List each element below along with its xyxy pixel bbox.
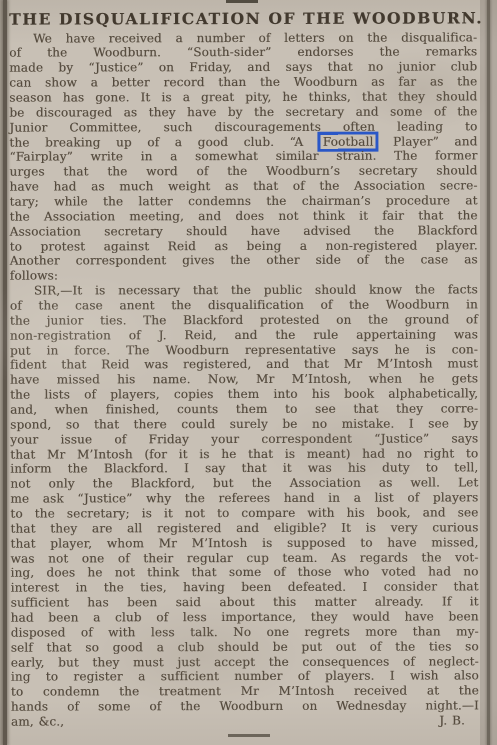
article-line: can show a better record than the Woodbu… [9, 74, 477, 90]
left-column-rule [3, 0, 7, 745]
article-line: the lists of players, copies them into h… [10, 387, 478, 403]
article-line: Association secretary should have advise… [10, 223, 478, 239]
signature-closing: am, &c., [11, 715, 64, 730]
article-line: We have received a number of letters on … [9, 30, 477, 46]
article-line: season has gone. It is a great pity, he … [9, 89, 477, 105]
scanned-page: THE DISQUALIFICATION OF THE WOODBURN. We… [0, 0, 497, 745]
article-line: ing, does he not think that some of thos… [11, 565, 479, 581]
article-line: made by “Justice” on Friday, and says th… [9, 60, 477, 76]
article-line: hands of some of the Woodburn on Wednesd… [11, 699, 479, 715]
article-line: have had as much weight as that of the A… [10, 178, 478, 194]
article-headline: THE DISQUALIFICATION OF THE WOODBURN. [9, 8, 477, 28]
article-column: THE DISQUALIFICATION OF THE WOODBURN. We… [9, 0, 479, 730]
article-line: of the case anent the disqualification o… [10, 297, 478, 313]
article-line: self that so good a club should be put o… [11, 639, 479, 655]
article-line: early, but they must just accept the con… [11, 654, 479, 670]
article-line: me ask “Justice” why the referees hand i… [10, 491, 478, 507]
article-line: tary; while the latter condemns the chai… [10, 193, 478, 209]
article-line: sufficient has been said about this matt… [11, 595, 479, 611]
article-line: inform the Blackford. I say that it was … [10, 461, 478, 477]
article-line: not only the Blackford, but the Associat… [10, 476, 478, 492]
right-column-rule [487, 0, 490, 745]
article-line: to the secretary; is it not to compare w… [10, 505, 478, 521]
article-line: non-registration of J. Reid, and the rul… [10, 327, 478, 343]
signature-initials: J. B. [439, 713, 465, 728]
article-line: the breaking up of a good club. “A Footb… [9, 134, 477, 150]
article-line: SIR,—It is necessary that the public sho… [10, 282, 478, 298]
article-line: put in force. The Woodburn representativ… [10, 342, 478, 358]
article-line: am, &c.,J. B. [11, 713, 479, 729]
article-line: the junior ties. The Blackford protested… [10, 312, 478, 328]
article-line: your issue of Friday your correspondent … [10, 431, 478, 447]
article-line: “Fairplay” write in a somewhat similar s… [9, 149, 477, 165]
bottom-section-divider [228, 734, 270, 737]
article-line: follows: [10, 268, 478, 284]
article-line: to condemn the treatment Mr M’Intosh rec… [11, 684, 479, 700]
article-line: Junior Committee, such discouragements o… [9, 119, 477, 135]
article-line: had been a club of less importance, they… [11, 609, 479, 625]
article-line: spond, so that there could surely be no … [10, 416, 478, 432]
article-line: Another correspondent gives the other si… [10, 253, 478, 269]
article-line: to protest against Reid as being a non-r… [10, 238, 478, 254]
article-line: of the Woodburn. “South-sider” endorses … [9, 45, 477, 61]
article-line: be discouraged as they have by the secre… [9, 104, 477, 120]
article-line: that player, whom Mr M’Intosh is suppose… [10, 535, 478, 551]
article-line: that Mr M’Intosh (for it is he that is m… [10, 446, 478, 462]
newspaper-scan: { "article": { "headline": "THE DISQUALI… [0, 0, 497, 745]
article-line: that they are all registered and eligibl… [10, 520, 478, 536]
article-line: fident that Reid was registered, and tha… [10, 357, 478, 373]
article-body: We have received a number of letters on … [9, 30, 479, 730]
article-line: was not one of their regular cup team. A… [10, 550, 478, 566]
article-line: ing to register a sufficient number of p… [11, 669, 479, 685]
article-line: interest in the ties, having been defeat… [11, 580, 479, 596]
search-highlight-box[interactable]: Football [321, 134, 376, 148]
article-line: urges that the word of the Woodburn’s se… [9, 164, 477, 180]
article-line: disposed of with less talk. No one regre… [11, 624, 479, 640]
article-line: the Association meeting, and does not th… [10, 208, 478, 224]
article-line: have missed his name. Now, Mr M’Intosh, … [10, 372, 478, 388]
article-line: and, when finished, counts them to see t… [10, 401, 478, 417]
